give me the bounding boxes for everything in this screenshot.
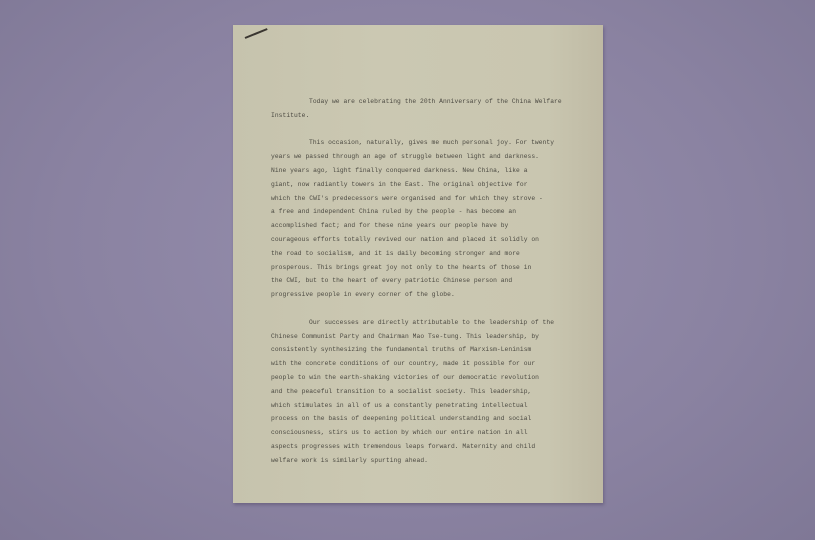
document-body: Today we are celebrating the 20th Annive… [271,95,571,481]
paragraph-occasion: This occasion, naturally, gives me much … [271,136,571,302]
paragraph-intro: Today we are celebrating the 20th Annive… [271,95,571,123]
typewritten-page: Today we are celebrating the 20th Annive… [233,25,603,503]
pen-mark [245,28,268,39]
paragraph-successes: Our successes are directly attributable … [271,316,571,468]
